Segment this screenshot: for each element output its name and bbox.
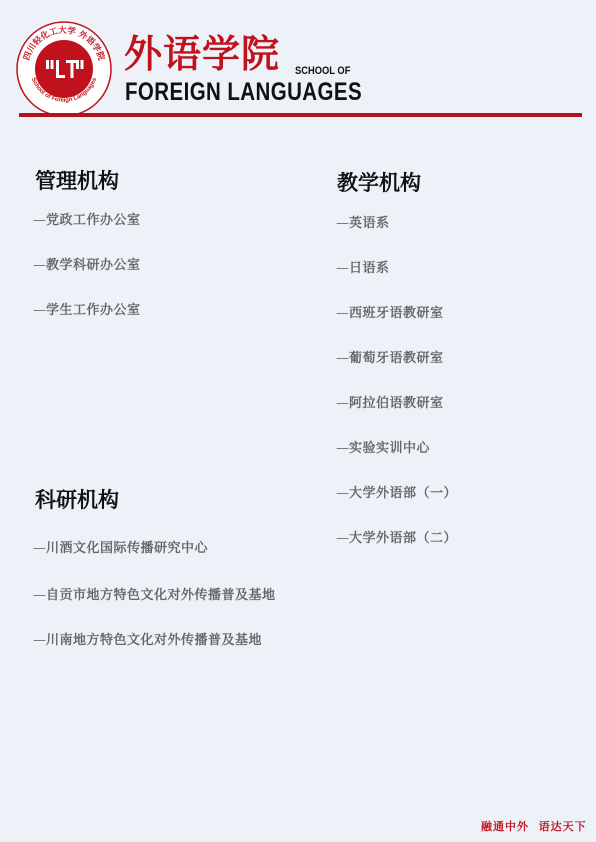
dash-icon: — bbox=[336, 216, 349, 231]
section-title-research: 科研机构 bbox=[35, 488, 119, 512]
dash-icon: — bbox=[33, 588, 46, 603]
dash-icon: — bbox=[336, 351, 349, 366]
school-title-english-small: SCHOOL OF bbox=[295, 65, 350, 77]
list-item: —实验实训中心 bbox=[336, 441, 430, 457]
list-item: —学生工作办公室 bbox=[33, 303, 141, 319]
school-logo: 四川轻化工大学 外语学院 School of Foreign Languages bbox=[15, 20, 113, 118]
dash-icon: — bbox=[33, 633, 46, 648]
dash-icon: — bbox=[336, 396, 349, 411]
school-title-chinese: 外语学院 bbox=[124, 34, 280, 74]
footer-slogan: 融通中外 语达天下 bbox=[481, 818, 587, 834]
list-item: —党政工作办公室 bbox=[33, 213, 141, 229]
list-item: —日语系 bbox=[336, 261, 390, 277]
header-divider bbox=[19, 113, 582, 117]
dash-icon: — bbox=[336, 441, 349, 456]
list-item: —川南地方特色文化对外传播普及基地 bbox=[33, 633, 262, 649]
dash-icon: — bbox=[33, 213, 46, 228]
dash-icon: — bbox=[336, 531, 349, 546]
section-title-management: 管理机构 bbox=[35, 169, 119, 193]
list-item: —川酒文化国际传播研究中心 bbox=[33, 541, 208, 557]
list-item: —阿拉伯语教研室 bbox=[336, 396, 444, 412]
list-item: —大学外语部（二） bbox=[336, 531, 457, 547]
dash-icon: — bbox=[33, 303, 46, 318]
dash-icon: — bbox=[336, 486, 349, 501]
list-item: —教学科研办公室 bbox=[33, 258, 141, 274]
school-title-english: FOREIGN LANGUAGES bbox=[125, 79, 362, 105]
logo-emblem-icon: 四川轻化工大学 外语学院 School of Foreign Languages bbox=[15, 20, 113, 118]
list-item: —英语系 bbox=[336, 216, 390, 232]
list-item: —葡萄牙语教研室 bbox=[336, 351, 444, 367]
dash-icon: — bbox=[336, 261, 349, 276]
dash-icon: — bbox=[336, 306, 349, 321]
section-title-teaching: 教学机构 bbox=[337, 171, 421, 195]
list-item: —自贡市地方特色文化对外传播普及基地 bbox=[33, 588, 276, 604]
list-item: —大学外语部（一） bbox=[336, 486, 457, 502]
list-item: —西班牙语教研室 bbox=[336, 306, 444, 322]
dash-icon: — bbox=[33, 258, 46, 273]
dash-icon: — bbox=[33, 541, 46, 556]
